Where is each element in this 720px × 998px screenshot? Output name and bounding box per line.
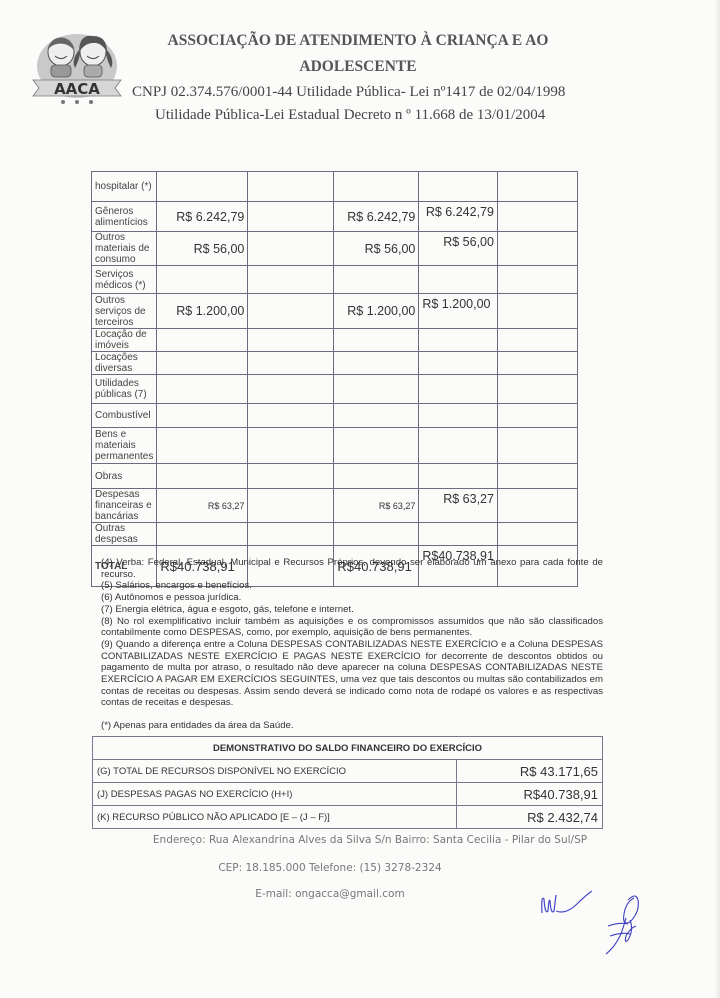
table-row: Bens e materiais permanentes <box>92 428 578 464</box>
org-name-line1: ASSOCIAÇÃO DE ATENDIMENTO À CRIANÇA E AO <box>128 32 588 50</box>
amount-col5 <box>497 202 577 232</box>
amount-col1 <box>157 523 248 546</box>
note-5: (5) Salários, encargos e benefícios. <box>101 580 603 592</box>
amount-col2 <box>248 294 334 329</box>
amount-col5 <box>497 172 577 202</box>
amount-col3: R$ 63,27 <box>334 489 419 523</box>
table-row: Gêneros alimentíciosR$ 6.242,79R$ 6.242,… <box>92 202 578 232</box>
amount-col5 <box>497 489 577 523</box>
amount-col5 <box>497 266 577 294</box>
amount-col4 <box>419 464 498 489</box>
signature <box>600 892 650 957</box>
amount-col2 <box>248 489 334 523</box>
amount-col5 <box>497 294 577 329</box>
table-row: Obras <box>92 464 578 489</box>
summary-value: R$40.738,91 <box>457 783 603 806</box>
amount-col3 <box>334 404 419 428</box>
amount-col3 <box>334 523 419 546</box>
table-row: Serviços médicos (*) <box>92 266 578 294</box>
expense-category: Outros serviços de terceiros <box>92 294 157 329</box>
amount-col3 <box>334 464 419 489</box>
footer-cep-phone: CEP: 18.185.000 Telefone: (15) 3278-2324 <box>0 862 660 874</box>
expense-category: hospitalar (*) <box>92 172 157 202</box>
amount-col2 <box>248 404 334 428</box>
amount-col1 <box>157 464 248 489</box>
amount-col2 <box>248 266 334 294</box>
table-row: Outros serviços de terceirosR$ 1.200,00R… <box>92 294 578 329</box>
amount-col2 <box>248 232 334 266</box>
expense-category: Serviços médicos (*) <box>92 266 157 294</box>
amount-col5 <box>497 232 577 266</box>
amount-col4: R$ 6.242,79 <box>419 202 498 232</box>
amount-col3 <box>334 352 419 375</box>
amount-col2 <box>248 464 334 489</box>
footer-address: Endereço: Rua Alexandrina Alves da Silva… <box>0 834 720 846</box>
amount-col4 <box>419 404 498 428</box>
amount-col1: R$ 6.242,79 <box>157 202 248 232</box>
svg-text:AACA: AACA <box>54 80 100 98</box>
amount-col5 <box>497 464 577 489</box>
summary-row: (G) TOTAL DE RECURSOS DISPONÍVEL NO EXER… <box>93 760 603 783</box>
summary-row: (J) DESPESAS PAGAS NO EXERCÍCIO (H+I) R$… <box>93 783 603 806</box>
amount-col1 <box>157 375 248 404</box>
expense-category: Locações diversas <box>92 352 157 375</box>
amount-col2 <box>248 352 334 375</box>
amount-col1 <box>157 428 248 464</box>
amount-col5 <box>497 375 577 404</box>
note-8: (8) No rol exemplificativo incluir també… <box>101 616 603 639</box>
footnotes: (4) Verba: Federal, Estadual, Municipal … <box>101 557 603 732</box>
table-row: Outras despesas <box>92 523 578 546</box>
summary-label: (J) DESPESAS PAGAS NO EXERCÍCIO (H+I) <box>93 783 457 806</box>
amount-col3 <box>334 428 419 464</box>
amount-col4 <box>419 266 498 294</box>
amount-col3 <box>334 375 419 404</box>
amount-col4 <box>419 172 498 202</box>
decree-line: Utilidade Pública-Lei Estadual Decreto n… <box>155 107 555 124</box>
amount-col5 <box>497 523 577 546</box>
expense-category: Locação de imóveis <box>92 329 157 352</box>
amount-col2 <box>248 172 334 202</box>
amount-col1 <box>157 352 248 375</box>
amount-col3 <box>334 172 419 202</box>
summary-value: R$ 43.171,65 <box>457 760 603 783</box>
expense-category: Bens e materiais permanentes <box>92 428 157 464</box>
expense-category: Despesas financeiras e bancárias <box>92 489 157 523</box>
expense-category: Utilidades públicas (7) <box>92 375 157 404</box>
amount-col4 <box>419 428 498 464</box>
amount-col2 <box>248 428 334 464</box>
amount-col3: R$ 6.242,79 <box>334 202 419 232</box>
note-6: (6) Autônomos e pessoa jurídica. <box>101 592 603 604</box>
amount-col2 <box>248 329 334 352</box>
amount-col4: R$ 63,27 <box>419 489 498 523</box>
signature-initials <box>538 885 598 925</box>
amount-col2 <box>248 375 334 404</box>
amount-col4 <box>419 329 498 352</box>
amount-col1: R$ 1.200,00 <box>157 294 248 329</box>
amount-col5 <box>497 404 577 428</box>
amount-col4: R$ 56,00 <box>419 232 498 266</box>
expense-category: Gêneros alimentícios <box>92 202 157 232</box>
scan-edge <box>714 0 720 998</box>
amount-col2 <box>248 202 334 232</box>
amount-col4 <box>419 523 498 546</box>
table-row: Despesas financeiras e bancáriasR$ 63,27… <box>92 489 578 523</box>
amount-col1 <box>157 404 248 428</box>
aaca-logo: AACA <box>27 30 127 110</box>
summary-title: DEMONSTRATIVO DO SALDO FINANCEIRO DO EXE… <box>93 737 603 760</box>
summary-value: R$ 2.432,74 <box>457 806 603 829</box>
amount-col1: R$ 63,27 <box>157 489 248 523</box>
amount-col4 <box>419 375 498 404</box>
expense-category: Outras despesas <box>92 523 157 546</box>
amount-col3 <box>334 329 419 352</box>
amount-col4: R$ 1.200,00 <box>419 294 498 329</box>
amount-col1 <box>157 172 248 202</box>
summary-label: (K) RECURSO PÚBLICO NÃO APLICADO [E – (J… <box>93 806 457 829</box>
amount-col5 <box>497 428 577 464</box>
table-row: Locação de imóveis <box>92 329 578 352</box>
expense-category: Outros materiais de consumo <box>92 232 157 266</box>
expenses-table: hospitalar (*)Gêneros alimentíciosR$ 6.2… <box>91 171 578 587</box>
amount-col1: R$ 56,00 <box>157 232 248 266</box>
amount-col5 <box>497 329 577 352</box>
amount-col3: R$ 1.200,00 <box>334 294 419 329</box>
table-row: Locações diversas <box>92 352 578 375</box>
table-row: Outros materiais de consumoR$ 56,00R$ 56… <box>92 232 578 266</box>
summary-label: (G) TOTAL DE RECURSOS DISPONÍVEL NO EXER… <box>93 760 457 783</box>
note-9: (9) Quando a diferença entre a Coluna DE… <box>101 639 603 709</box>
cnpj-line: CNPJ 02.374.576/0001-44 Utilidade Públic… <box>132 84 572 101</box>
amount-col3 <box>334 266 419 294</box>
financial-balance-summary: DEMONSTRATIVO DO SALDO FINANCEIRO DO EXE… <box>92 736 603 829</box>
expense-category: Combustível <box>92 404 157 428</box>
note-7: (7) Energia elétrica, água e esgoto, gás… <box>101 604 603 616</box>
amount-col5 <box>497 352 577 375</box>
amount-col3: R$ 56,00 <box>334 232 419 266</box>
table-row: Combustível <box>92 404 578 428</box>
summary-row: (K) RECURSO PÚBLICO NÃO APLICADO [E – (J… <box>93 806 603 829</box>
amount-col1 <box>157 266 248 294</box>
amount-col4 <box>419 352 498 375</box>
table-row: hospitalar (*) <box>92 172 578 202</box>
amount-col1 <box>157 329 248 352</box>
amount-col2 <box>248 523 334 546</box>
table-row: Utilidades públicas (7) <box>92 375 578 404</box>
note-4: (4) Verba: Federal, Estadual, Municipal … <box>101 557 603 580</box>
org-name-line2: ADOLESCENTE <box>128 58 588 76</box>
health-note: (*) Apenas para entidades da área da Saú… <box>101 720 603 732</box>
expense-category: Obras <box>92 464 157 489</box>
